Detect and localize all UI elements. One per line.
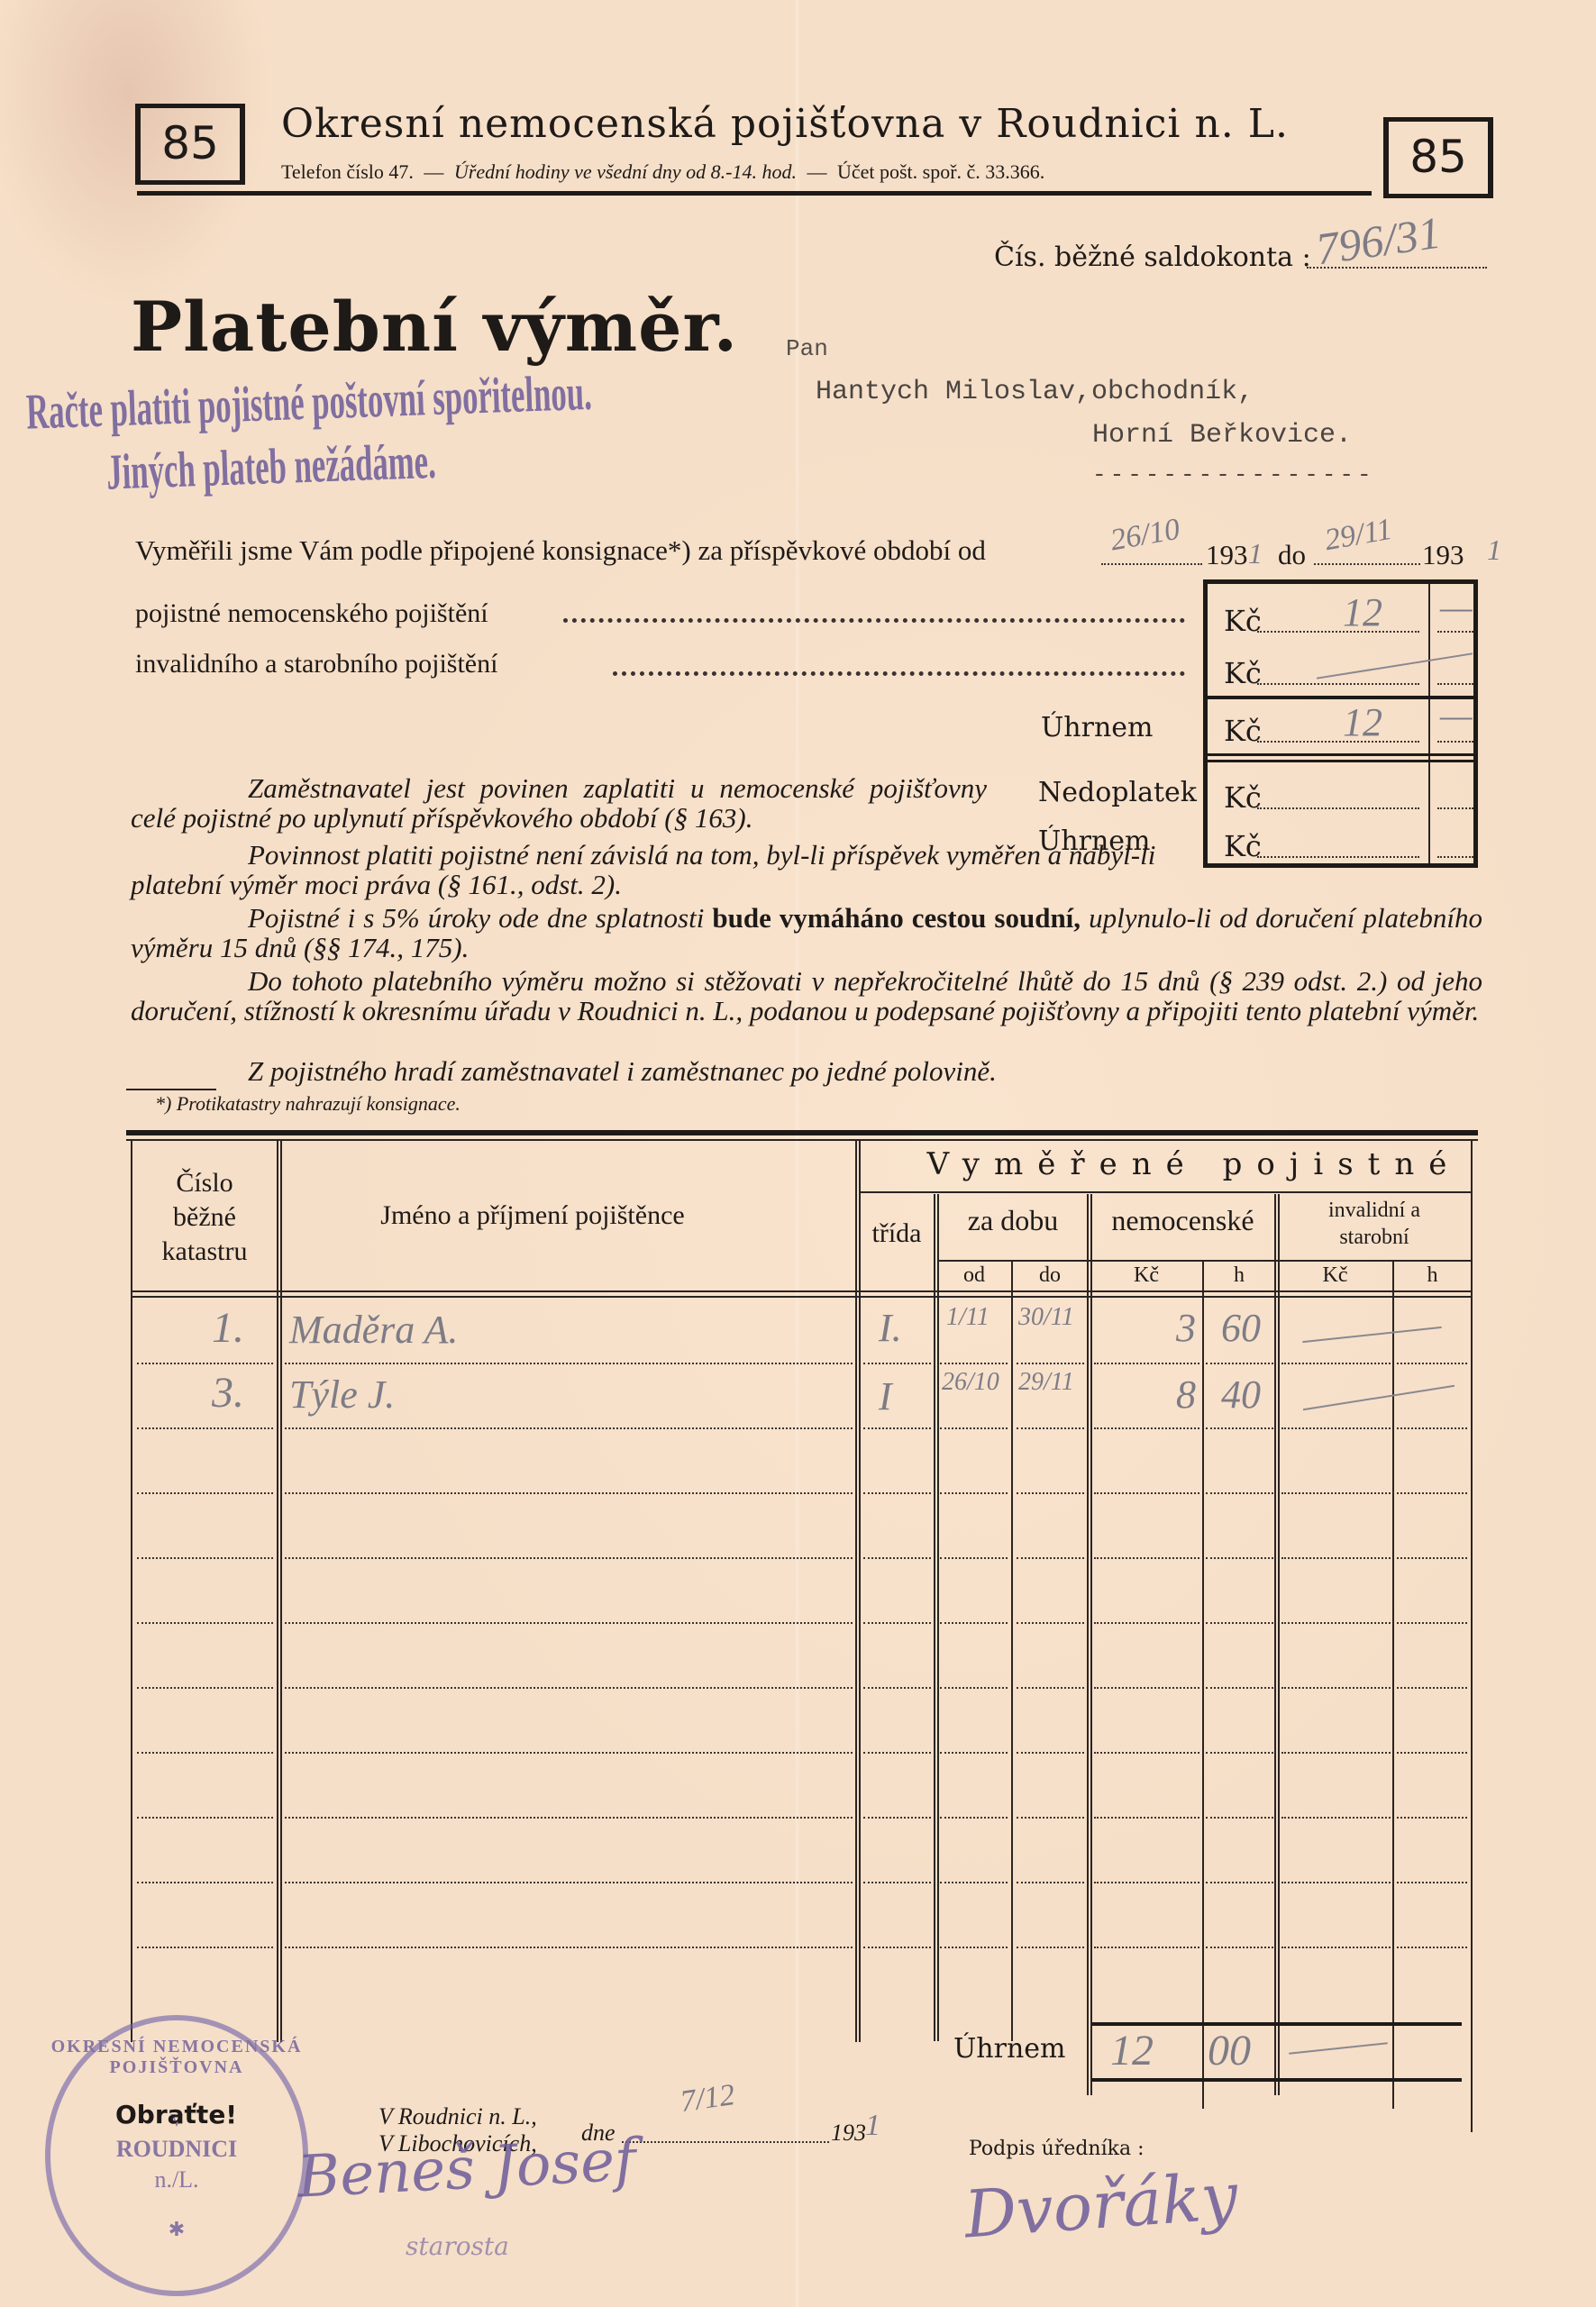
row-name: Týle J. — [289, 1372, 395, 1418]
row-dotted-line — [285, 1557, 853, 1559]
row-from: 1/11 — [946, 1303, 990, 1332]
total-double-rule-2 — [1208, 760, 1473, 762]
row-dotted-line — [1206, 1817, 1273, 1819]
invalidity-currency: Kč — [1224, 656, 1262, 690]
row-dotted-line — [940, 1882, 1008, 1883]
intro-text: Vyměřili jsme Vám podle připojené konsig… — [135, 534, 986, 566]
row-dotted-line — [1281, 1557, 1391, 1559]
header-line: běžné — [132, 1200, 277, 1235]
row-dotted-line — [1281, 1622, 1391, 1624]
row-dotted-line — [940, 1947, 1008, 1948]
row-dotted-line — [1397, 1622, 1467, 1624]
col-border-left — [131, 1141, 132, 2042]
date-field — [622, 2141, 829, 2143]
row-dotted-line — [863, 1882, 931, 1883]
row-dotted-line — [863, 1687, 931, 1689]
period-to-field — [1314, 563, 1420, 565]
row-dotted-line — [285, 1817, 853, 1819]
row-dotted-line — [1397, 1752, 1467, 1754]
row-dotted-line — [1017, 1947, 1084, 1948]
total-currency: Kč — [1224, 714, 1262, 748]
period-to-label: do — [1278, 539, 1306, 571]
row-dotted-line — [1397, 1492, 1467, 1494]
row-sick-h: 40 — [1221, 1372, 1261, 1418]
turn-over-note: Obraťte! — [115, 2100, 237, 2129]
date-value: 7/12 — [679, 2078, 737, 2120]
amounts-box: Kč 12 — Kč Kč 12 — Kč Kč — [1203, 579, 1478, 868]
note-interest-part-b: bude vymáháno cestou soudní, — [712, 902, 1081, 934]
postal-account: Účet pošt. spoř. č. 33.366. — [837, 160, 1044, 183]
col-header-sickness: nemocenské — [1090, 1204, 1275, 1237]
row-dotted-line — [1206, 1622, 1273, 1624]
year-label-2: 193 — [1422, 539, 1464, 571]
footnote: *) Protikatastry nahrazují konsignace. — [155, 1092, 461, 1116]
total-kc-value: 12 — [1343, 699, 1382, 745]
col-header-period: za dobu — [937, 1204, 1089, 1237]
institution-name: Okresní nemocenská pojišťovna v Roudnici… — [281, 101, 1289, 147]
row-number: 3. — [212, 1368, 244, 1418]
table-row: 3. Týle J. I 26/10 29/11 8 40 — [131, 1364, 1473, 1429]
saldo-value: 796/31 — [1313, 206, 1445, 276]
table-total-sick-h: 00 — [1208, 2026, 1251, 2075]
addressee-underline: ---------------- — [1092, 461, 1375, 488]
row-dotted-line — [137, 1752, 273, 1754]
year-suffix-1: 1 — [1248, 537, 1263, 570]
col-header-number: Číslo běžné katastru — [132, 1166, 277, 1269]
row-dotted-line — [137, 1817, 273, 1819]
row-to: 29/11 — [1018, 1368, 1074, 1397]
row-dotted-line — [137, 1622, 273, 1624]
arrears-currency: Kč — [1224, 780, 1262, 815]
date-year-suffix: 1 — [865, 2109, 880, 2143]
table-total-sick-kc: 12 — [1110, 2026, 1154, 2075]
row-dotted-line — [285, 1752, 853, 1754]
separator: — — [807, 160, 826, 183]
row-dotted-line — [1206, 1492, 1273, 1494]
row-dotted-line — [1281, 1752, 1391, 1754]
total-double-rule-1 — [1208, 753, 1473, 756]
table-total-inv-strike — [1289, 2042, 1388, 2054]
signature-right: Dvořáky — [962, 2158, 1240, 2253]
row-to: 30/11 — [1018, 1303, 1074, 1332]
row-dotted-line — [1206, 1882, 1273, 1883]
row-dotted-line — [1397, 1687, 1467, 1689]
row-dotted-line — [1397, 1817, 1467, 1819]
col-header-sick-h: h — [1204, 1263, 1274, 1288]
row-dotted-line — [1397, 1947, 1467, 1948]
row-dotted-line — [1206, 1752, 1273, 1754]
sickness-h-value: — — [1440, 586, 1473, 628]
header-line: invalidní a — [1278, 1197, 1471, 1224]
office-hours: Úřední hodiny ve všední dny od 8.-14. ho… — [454, 160, 797, 183]
year-label-1: 193 — [1206, 539, 1248, 571]
col-header-to: do — [1013, 1263, 1087, 1288]
sickness-kc-value: 12 — [1343, 589, 1382, 635]
row-class: I. — [879, 1305, 902, 1351]
grand-total-kc-field — [1257, 856, 1419, 858]
addressee-place: Horní Beřkovice. — [1092, 420, 1352, 451]
col-header-invalidity: invalidní a starobní — [1278, 1197, 1471, 1251]
place-roudnice: V Roudnici n. L., — [378, 2103, 537, 2130]
table-top-rule-thin — [126, 1139, 1478, 1141]
row-dotted-line — [863, 1492, 931, 1494]
row-sick-h: 60 — [1221, 1305, 1261, 1351]
leader-dots — [613, 671, 1185, 676]
col-header-class: třída — [859, 1218, 935, 1249]
row-dotted-line — [285, 1882, 853, 1883]
row-dotted-line — [285, 1687, 853, 1689]
note-payment-obligation: Zaměstnavatel jest povinen zaplatiti u n… — [131, 773, 987, 833]
sickness-h-field — [1437, 631, 1473, 633]
total-kc-field — [1257, 741, 1419, 743]
row-dotted-line — [1094, 1687, 1199, 1689]
row-inv-strike — [1302, 1327, 1441, 1343]
header-rule — [137, 191, 1372, 196]
grand-total-currency: Kč — [1224, 829, 1262, 863]
header-rule — [937, 1260, 1471, 1262]
row-dotted-line — [1094, 1622, 1199, 1624]
arrears-kc-field — [1257, 807, 1419, 809]
pencil-strike — [1317, 652, 1473, 679]
row-dotted-line — [863, 1752, 931, 1754]
form-number-box-left: 85 — [135, 104, 245, 185]
official-signature-label: Podpis úředníka : — [969, 2138, 1145, 2160]
row-sick-kc: 3 — [1176, 1305, 1196, 1351]
arrears-h-field — [1437, 807, 1473, 809]
separator: — — [424, 160, 443, 183]
total-label: Úhrnem — [1041, 712, 1153, 743]
header-line: katastru — [132, 1235, 277, 1269]
row-dotted-line — [1017, 1557, 1084, 1559]
row-dotted-line — [940, 1622, 1008, 1624]
row-dotted-line — [1017, 1687, 1084, 1689]
leader-dots — [563, 618, 1185, 623]
row-from: 26/10 — [942, 1368, 999, 1397]
date-year-prefix: 193 — [831, 2120, 866, 2147]
header-line: starobní — [1278, 1224, 1471, 1251]
period-to-value: 29/11 — [1322, 513, 1394, 558]
addressee-salutation: Pan — [786, 335, 828, 362]
document-title: Platební výměr. — [131, 287, 738, 367]
row-dotted-line — [1094, 1752, 1199, 1754]
stamp-star-icon: ✱ — [50, 2219, 303, 2241]
row-dotted-line — [1206, 1687, 1273, 1689]
invalidity-h-field — [1437, 683, 1473, 685]
form-number-box-right: 85 — [1383, 117, 1493, 198]
row-dotted-line — [1397, 1557, 1467, 1559]
row-dotted-line — [285, 1622, 853, 1624]
total-rule-bottom — [1092, 2078, 1462, 2082]
note-independent-obligation: Povinnost platiti pojistné není závislá … — [131, 840, 1167, 899]
row-dotted-line — [1281, 1687, 1391, 1689]
note-interest-enforcement: Pojistné i s 5% úroky ode dne splatnosti… — [131, 903, 1482, 962]
grand-total-h-field — [1437, 856, 1473, 858]
row-dotted-line — [1017, 1622, 1084, 1624]
row-class: I — [879, 1373, 892, 1419]
row-inv-strike — [1303, 1385, 1455, 1411]
saldo-label: Čís. běžné saldokonta : — [994, 242, 1311, 273]
table-top-rule — [126, 1130, 1478, 1135]
row-dotted-line — [1206, 1947, 1273, 1948]
row-dotted-line — [137, 1882, 273, 1883]
sickness-currency: Kč — [1224, 604, 1262, 638]
row-sick-kc: 8 — [1176, 1372, 1196, 1418]
row-dotted-line — [137, 1687, 273, 1689]
year-suffix-2: 1 — [1487, 533, 1501, 567]
row-dotted-line — [285, 1492, 853, 1494]
addressee-name: Hantych Miloslav,obchodník, — [816, 377, 1254, 407]
row-dotted-line — [1094, 1817, 1199, 1819]
col-border-right — [1471, 1141, 1473, 2132]
note-cost-split: Z pojistného hradí zaměstnavatel i zaměs… — [131, 1056, 1482, 1086]
row-dotted-line — [863, 1622, 931, 1624]
row-dotted-line — [1206, 1557, 1273, 1559]
row-dotted-line — [1281, 1947, 1391, 1948]
row-dotted-line — [863, 1947, 931, 1948]
row-dotted-line — [863, 1817, 931, 1819]
col-header-sick-kc: Kč — [1090, 1263, 1202, 1288]
round-office-stamp: OKRESNÍ NEMOCENSKÁ POJIŠŤOVNA V ROUDNICI… — [45, 2015, 308, 2296]
row-dotted-line — [940, 1752, 1008, 1754]
row-name: Maděra A. — [289, 1307, 458, 1353]
table-row: 1. Maděra A. I. 1/11 30/11 3 60 — [131, 1299, 1473, 1364]
note-interest-part-a: Pojistné i s 5% úroky ode dne splatnosti — [248, 902, 704, 934]
assessment-intro: Vyměřili jsme Vám podle připojené konsig… — [135, 534, 986, 567]
sickness-insurance-label: pojistné nemocenského pojištění — [135, 598, 488, 629]
row-dotted-line — [1094, 1492, 1199, 1494]
sickness-kc-field — [1257, 631, 1419, 633]
arrears-label: Nedoplatek — [1038, 777, 1197, 808]
row-dotted-line — [1017, 1752, 1084, 1754]
row-dotted-line — [1017, 1492, 1084, 1494]
col-header-assessed: Vyměřené pojistné — [919, 1146, 1469, 1182]
header-line: Číslo — [132, 1166, 277, 1200]
row-dotted-line — [1281, 1817, 1391, 1819]
row-dotted-line — [1094, 1882, 1199, 1883]
row-dotted-line — [1017, 1817, 1084, 1819]
row-dotted-line — [940, 1817, 1008, 1819]
row-dotted-line — [1094, 1557, 1199, 1559]
total-h-field — [1437, 741, 1473, 743]
stamp-center-2: ROUDNICI — [50, 2136, 303, 2163]
payment-instruction-stamp: Račte platiti pojistné poštovní spořitel… — [25, 349, 942, 506]
kc-h-divider — [1428, 584, 1430, 863]
row-dotted-line — [863, 1557, 931, 1559]
table-total-label: Úhrnem — [953, 2033, 1065, 2065]
row-dotted-line — [1397, 1882, 1467, 1883]
total-h-value: — — [1440, 694, 1473, 736]
row-dotted-line — [1017, 1882, 1084, 1883]
row-dotted-line — [137, 1947, 273, 1948]
stamp-ring-text: OKRESNÍ NEMOCENSKÁ POJIŠŤOVNA — [50, 2037, 303, 2078]
row-dotted-line — [1281, 1492, 1391, 1494]
row-dotted-line — [285, 1947, 853, 1948]
row-dotted-line — [137, 1557, 273, 1559]
row-dotted-line — [940, 1557, 1008, 1559]
subtotal-rule — [1208, 696, 1473, 699]
note-complaint: Do tohoto platebního výměru možno si stě… — [131, 966, 1482, 1026]
col-header-inv-h: h — [1394, 1263, 1471, 1288]
col-header-inv-kc: Kč — [1278, 1263, 1392, 1288]
signature-left: Beneš Josef — [296, 2127, 637, 2211]
row-dotted-line — [940, 1687, 1008, 1689]
row-dotted-line — [137, 1492, 273, 1494]
row-dotted-line — [1094, 1947, 1199, 1948]
phone-number: Telefon číslo 47. — [281, 160, 414, 183]
row-number: 1. — [212, 1303, 244, 1353]
row-dotted-line — [940, 1492, 1008, 1494]
period-from-field — [1101, 563, 1202, 565]
stamp-center-3: n./L. — [50, 2166, 303, 2193]
col-header-from: od — [937, 1263, 1011, 1288]
header-rule — [859, 1191, 1472, 1193]
period-from-value: 26/10 — [1108, 513, 1182, 559]
invalidity-insurance-label: invalidního a starobního pojištění — [135, 649, 497, 679]
footnote-rule — [126, 1089, 216, 1090]
header-info-line: Telefon číslo 47. — Úřední hodiny ve vše… — [281, 160, 1044, 184]
header-bottom-rule — [131, 1290, 1472, 1292]
col-header-name: Jméno a příjmení pojištěnce — [280, 1200, 785, 1231]
invalidity-kc-field — [1257, 683, 1419, 685]
row-dotted-line — [1281, 1882, 1391, 1883]
signature-left-title: starosta — [406, 2231, 509, 2261]
